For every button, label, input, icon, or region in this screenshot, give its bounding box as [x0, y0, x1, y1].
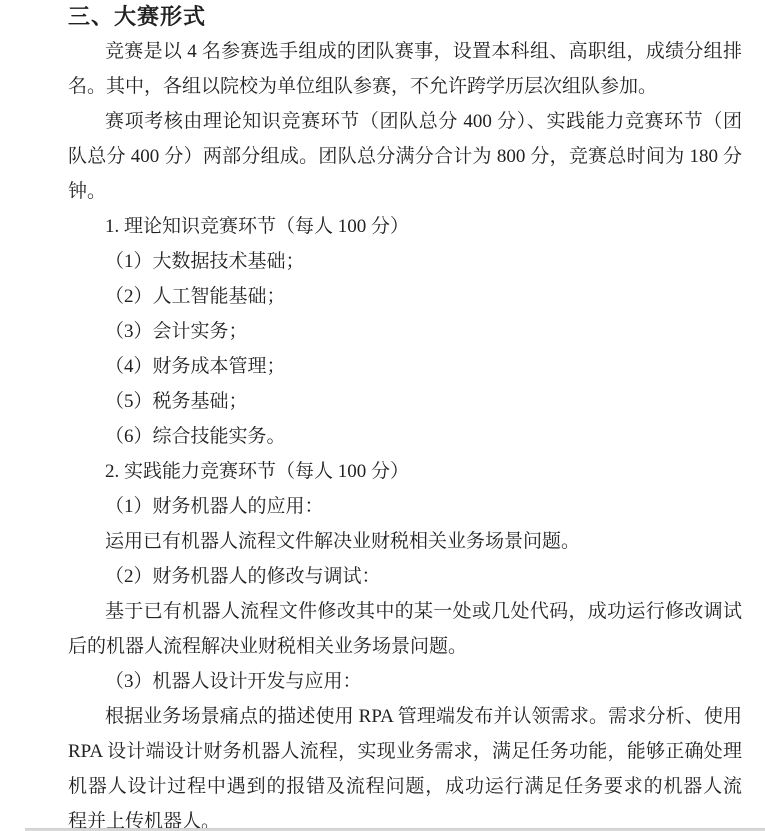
text-line: （1）大数据技术基础；: [68, 244, 742, 279]
document-page: 三、大赛形式 竞赛是以 4 名参赛选手组成的团队赛事，设置本科组、高职组，成绩分…: [0, 0, 765, 831]
text-line: 2. 实践能力竞赛环节（每人 100 分）: [68, 454, 742, 489]
text-line: 运用已有机器人流程文件解决业财税相关业务场景问题。: [68, 524, 742, 559]
text-line: 根据业务场景痛点的描述使用 RPA 管理端发布并认领需求。需求分析、使用: [68, 699, 742, 734]
text-line: 1. 理论知识竞赛环节（每人 100 分）: [68, 209, 742, 244]
text-line: 后的机器人流程解决业财税相关业务场景问题。: [68, 629, 742, 664]
text-line: 竞赛是以 4 名参赛选手组成的团队赛事，设置本科组、高职组，成绩分组排: [68, 34, 742, 69]
text-line: 名。其中，各组以院校为单位组队参赛，不允许跨学历层次组队参加。: [68, 69, 742, 104]
document-text-block: 三、大赛形式 竞赛是以 4 名参赛选手组成的团队赛事，设置本科组、高职组，成绩分…: [68, 0, 742, 831]
text-line: （5）税务基础；: [68, 384, 742, 419]
text-line: RPA 设计端设计财务机器人流程，实现业务需求，满足任务功能，能够正确处理: [68, 734, 742, 769]
text-line: （4）财务成本管理；: [68, 349, 742, 384]
text-line: （2）财务机器人的修改与调试：: [68, 559, 742, 594]
text-line: （3）会计实务；: [68, 314, 742, 349]
text-line: （2）人工智能基础；: [68, 279, 742, 314]
text-line: 队总分 400 分）两部分组成。团队总分满分合计为 800 分，竞赛总时间为 1…: [68, 139, 742, 174]
text-line: 机器人设计过程中遇到的报错及流程问题，成功运行满足任务要求的机器人流: [68, 769, 742, 804]
text-line: 赛项考核由理论知识竞赛环节（团队总分 400 分）、实践能力竞赛环节（团: [68, 104, 742, 139]
text-line: 基于已有机器人流程文件修改其中的某一处或几处代码，成功运行修改调试: [68, 594, 742, 629]
text-line: （1）财务机器人的应用：: [68, 489, 742, 524]
section-heading: 三、大赛形式: [68, 0, 742, 34]
text-line: （3）机器人设计开发与应用：: [68, 664, 742, 699]
text-line: 钟。: [68, 174, 742, 209]
text-line: 程并上传机器人。: [68, 804, 742, 831]
document-body: 竞赛是以 4 名参赛选手组成的团队赛事，设置本科组、高职组，成绩分组排名。其中，…: [68, 34, 742, 831]
text-line: （6）综合技能实务。: [68, 419, 742, 454]
